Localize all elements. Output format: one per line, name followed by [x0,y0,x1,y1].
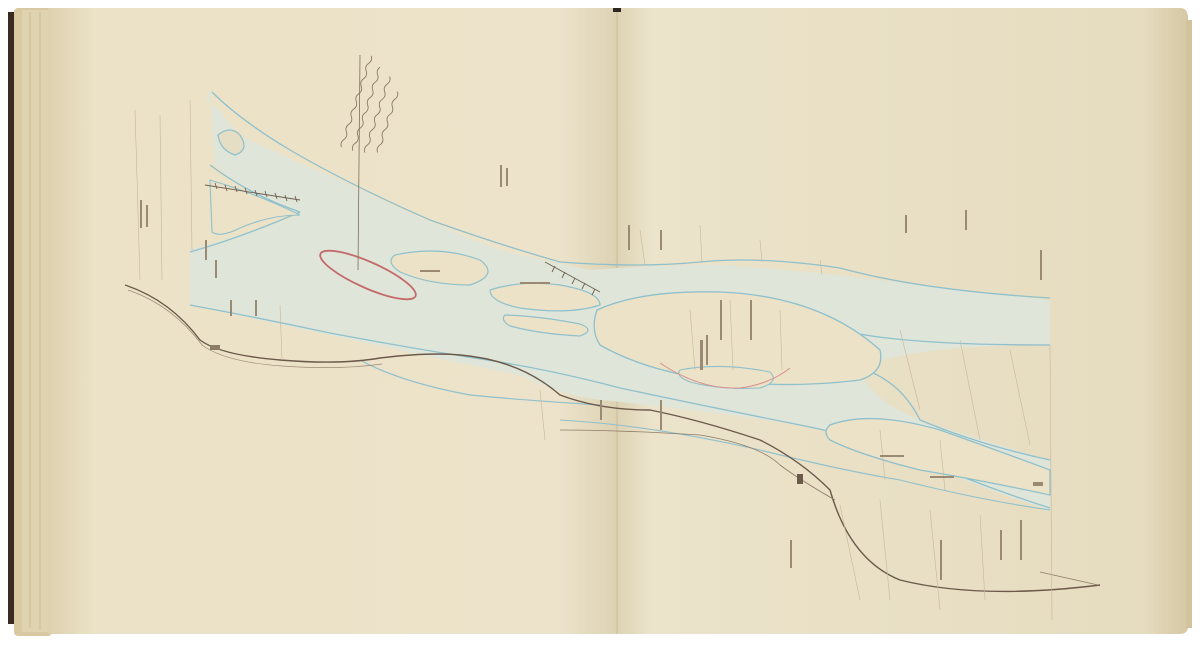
map-canvas [0,0,1200,645]
book-binding [8,8,52,636]
atlas-spread [0,0,1200,645]
